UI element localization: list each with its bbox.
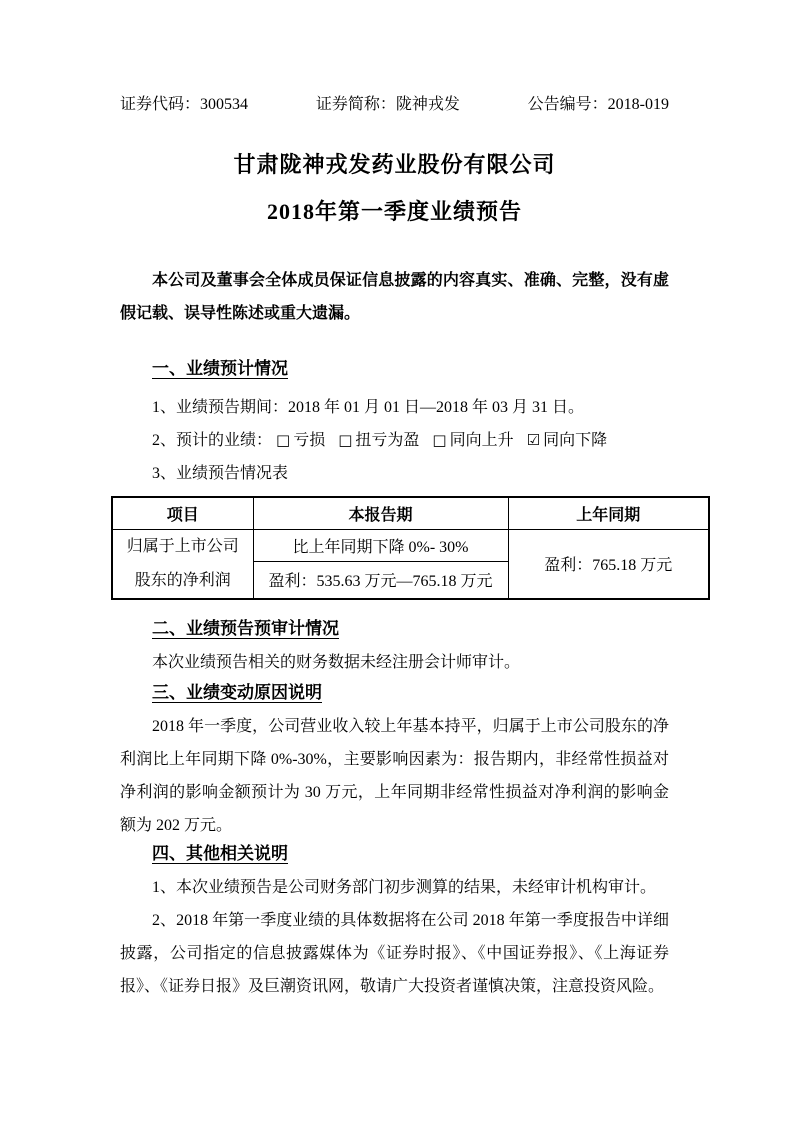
option-same-direction-down: ☑同向下降 [527,432,607,449]
option-loss: □亏损 [276,432,325,449]
cell-net-profit-item: 归属于上市公司 股东的净利润 [112,529,253,599]
option-turnaround-label: 扭亏为盈 [355,432,419,449]
company-name-title: 甘肃陇神戎发药业股份有限公司 [120,150,669,180]
section4-heading: 四、其他相关说明 [120,842,669,866]
section3-heading-text: 三、业绩变动原因说明 [152,683,322,702]
table-header-row: 项目 本报告期 上年同期 [112,497,709,529]
col-header-item: 项目 [112,497,253,529]
cell-current-change: 比上年同期下降 0%- 30% [253,529,508,561]
option-same-direction-up: □同向上升 [432,432,513,449]
pre-audit-statement: 本次业绩预告相关的财务数据未经注册会计师审计。 [120,646,669,679]
other-note-2: 2、2018 年第一季度业绩的具体数据将在公司 2018 年第一季度报告中详细披… [120,904,669,1003]
checkbox-unchecked-icon: □ [432,431,446,449]
report-title: 2018年第一季度业绩预告 [120,197,669,227]
forecast-table: 项目 本报告期 上年同期 归属于上市公司 股东的净利润 比上年同期下降 0%- … [111,496,710,600]
col-header-prior-period: 上年同期 [508,497,709,529]
forecast-type-label: 2、预计的业绩： [152,432,272,449]
table-row: 归属于上市公司 股东的净利润 比上年同期下降 0%- 30% 盈利：765.18… [112,529,709,561]
cell-current-profit-range: 盈利：535.63 万元—765.18 万元 [253,561,508,598]
section2-heading-text: 二、业绩预告预审计情况 [152,619,339,638]
announcement-number: 公告编号：2018-019 [528,95,669,114]
option-down-label: 同向下降 [543,432,607,449]
net-profit-line2: 股东的净利润 [117,564,249,598]
section2-heading: 二、业绩预告预审计情况 [120,617,669,641]
checkbox-checked-icon: ☑ [527,431,540,449]
change-reason-paragraph: 2018 年一季度，公司营业收入较上年基本持平，归属于上市公司股东的净利润比上年… [120,710,669,842]
section1-heading-text: 一、业绩预计情况 [152,359,288,378]
other-note-1: 1、本次业绩预告是公司财务部门初步测算的结果，未经审计机构审计。 [120,871,669,904]
document-header: 证券代码：300534 证券简称：陇神戎发 公告编号：2018-019 [120,95,669,114]
net-profit-line1: 归属于上市公司 [117,530,249,564]
forecast-period-line: 1、业绩预告期间：2018 年 01 月 01 日—2018 年 03 月 31… [120,391,669,424]
section3-heading: 三、业绩变动原因说明 [120,681,669,705]
option-up-label: 同向上升 [450,432,514,449]
disclaimer-statement: 本公司及董事会全体成员保证信息披露的内容真实、准确、完整，没有虚假记载、误导性陈… [120,264,669,330]
checkbox-unchecked-icon: □ [338,431,352,449]
cell-prior-profit: 盈利：765.18 万元 [508,529,709,599]
option-turnaround: □扭亏为盈 [338,432,419,449]
option-loss-label: 亏损 [293,432,325,449]
stock-code: 证券代码：300534 [120,95,248,114]
section1-heading: 一、业绩预计情况 [120,357,669,381]
section4-heading-text: 四、其他相关说明 [152,844,288,863]
document-page: 证券代码：300534 证券简称：陇神戎发 公告编号：2018-019 甘肃陇神… [0,0,793,1122]
col-header-current-period: 本报告期 [253,497,508,529]
forecast-table-caption: 3、业绩预告情况表 [120,457,669,490]
forecast-type-line: 2、预计的业绩： □亏损 □扭亏为盈 □同向上升 ☑同向下降 [120,424,669,457]
stock-short-name: 证券简称：陇神戎发 [316,95,460,114]
checkbox-unchecked-icon: □ [276,431,290,449]
forecast-table-container: 项目 本报告期 上年同期 归属于上市公司 股东的净利润 比上年同期下降 0%- … [111,496,669,600]
